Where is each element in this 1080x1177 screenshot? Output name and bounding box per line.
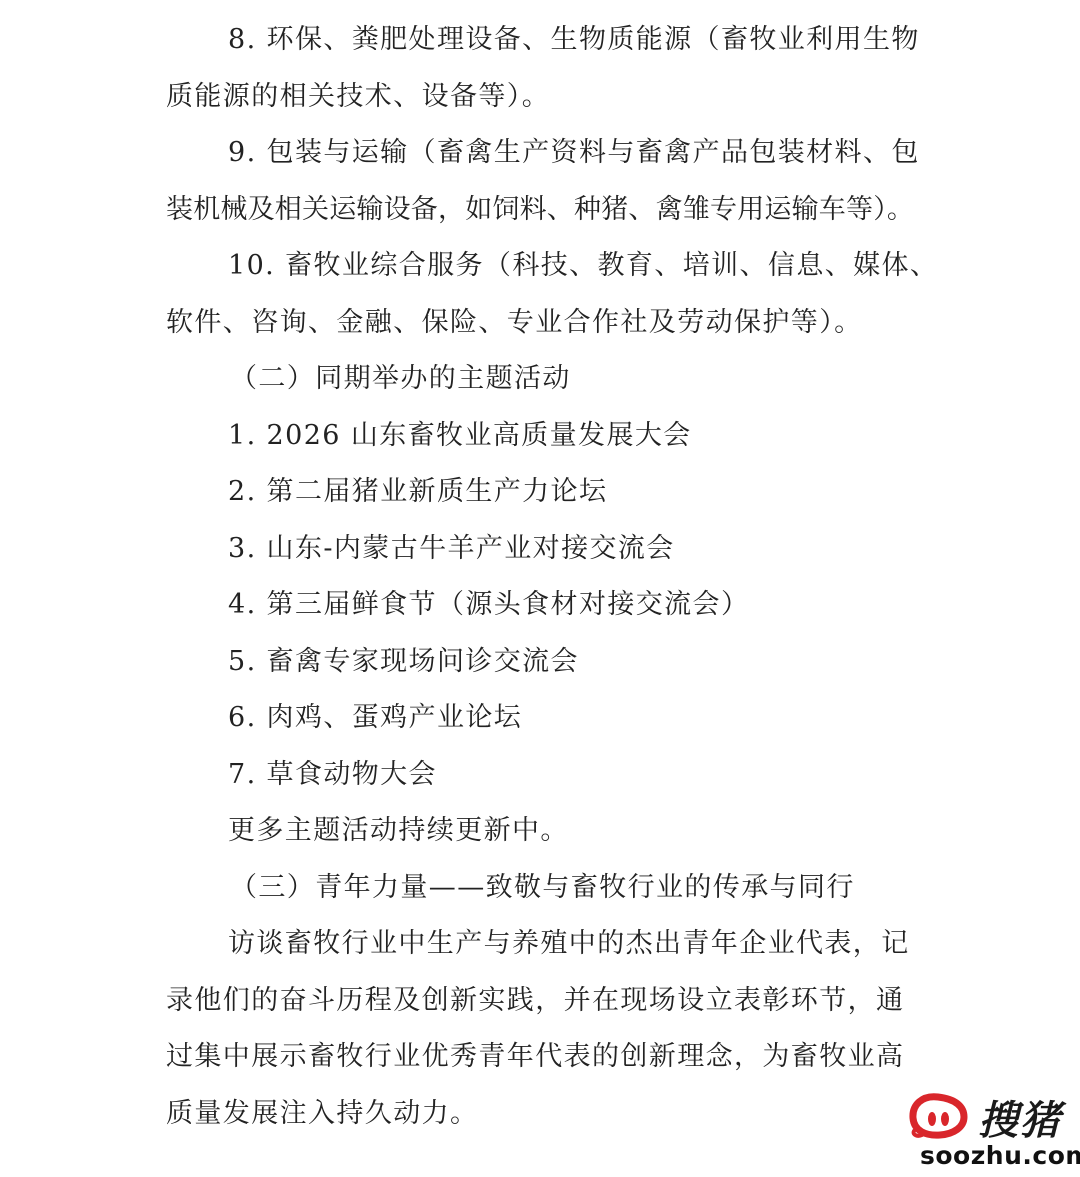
list-item-9-line2: 装机械及相关运输设备，如饲料、种猪、禽雏专用运输车等）。 bbox=[166, 190, 918, 247]
paragraph-line: 质量发展注入持久动力。 bbox=[166, 1094, 918, 1151]
list-item-8-line1: 8. 环保、粪肥处理设备、生物质能源（畜牧业利用生物 bbox=[166, 20, 918, 77]
activity-item: 1. 2026 山东畜牧业高质量发展大会 bbox=[166, 416, 918, 473]
document-page: 8. 环保、粪肥处理设备、生物质能源（畜牧业利用生物 质能源的相关技术、设备等）… bbox=[166, 20, 918, 1150]
paragraph-line: 访谈畜牧行业中生产与养殖中的杰出青年企业代表，记 bbox=[166, 924, 918, 981]
more-activities-note: 更多主题活动持续更新中。 bbox=[166, 811, 918, 868]
paragraph-line: 录他们的奋斗历程及创新实践，并在现场设立表彰环节，通 bbox=[166, 981, 918, 1038]
watermark-url: soozhu.com bbox=[920, 1141, 1080, 1170]
pig-face-brush-icon bbox=[908, 1091, 968, 1139]
section-heading-activities: （二）同期举办的主题活动 bbox=[166, 359, 918, 416]
list-item-10-line2: 软件、咨询、金融、保险、专业合作社及劳动保护等）。 bbox=[166, 303, 918, 360]
activity-item: 7. 草食动物大会 bbox=[166, 755, 918, 812]
activity-item: 3. 山东-内蒙古牛羊产业对接交流会 bbox=[166, 529, 918, 586]
activity-item: 6. 肉鸡、蛋鸡产业论坛 bbox=[166, 698, 918, 755]
paragraph-line: 过集中展示畜牧行业优秀青年代表的创新理念，为畜牧业高 bbox=[166, 1037, 918, 1094]
section-heading-youth: （三）青年力量——致敬与畜牧行业的传承与同行 bbox=[166, 868, 918, 925]
activity-item: 2. 第二届猪业新质生产力论坛 bbox=[166, 472, 918, 529]
activity-item: 5. 畜禽专家现场问诊交流会 bbox=[166, 642, 918, 699]
list-item-8-line2: 质能源的相关技术、设备等）。 bbox=[166, 77, 918, 134]
list-item-10-line1: 10. 畜牧业综合服务（科技、教育、培训、信息、媒体、 bbox=[166, 246, 918, 303]
activity-item: 4. 第三届鲜食节（源头食材对接交流会） bbox=[166, 585, 918, 642]
list-item-9-line1: 9. 包装与运输（畜禽生产资料与畜禽产品包装材料、包 bbox=[166, 133, 918, 190]
watermark-brand-name: 搜猪 bbox=[978, 1089, 1062, 1146]
watermark: 搜猪 soozhu.com bbox=[900, 1085, 1075, 1173]
